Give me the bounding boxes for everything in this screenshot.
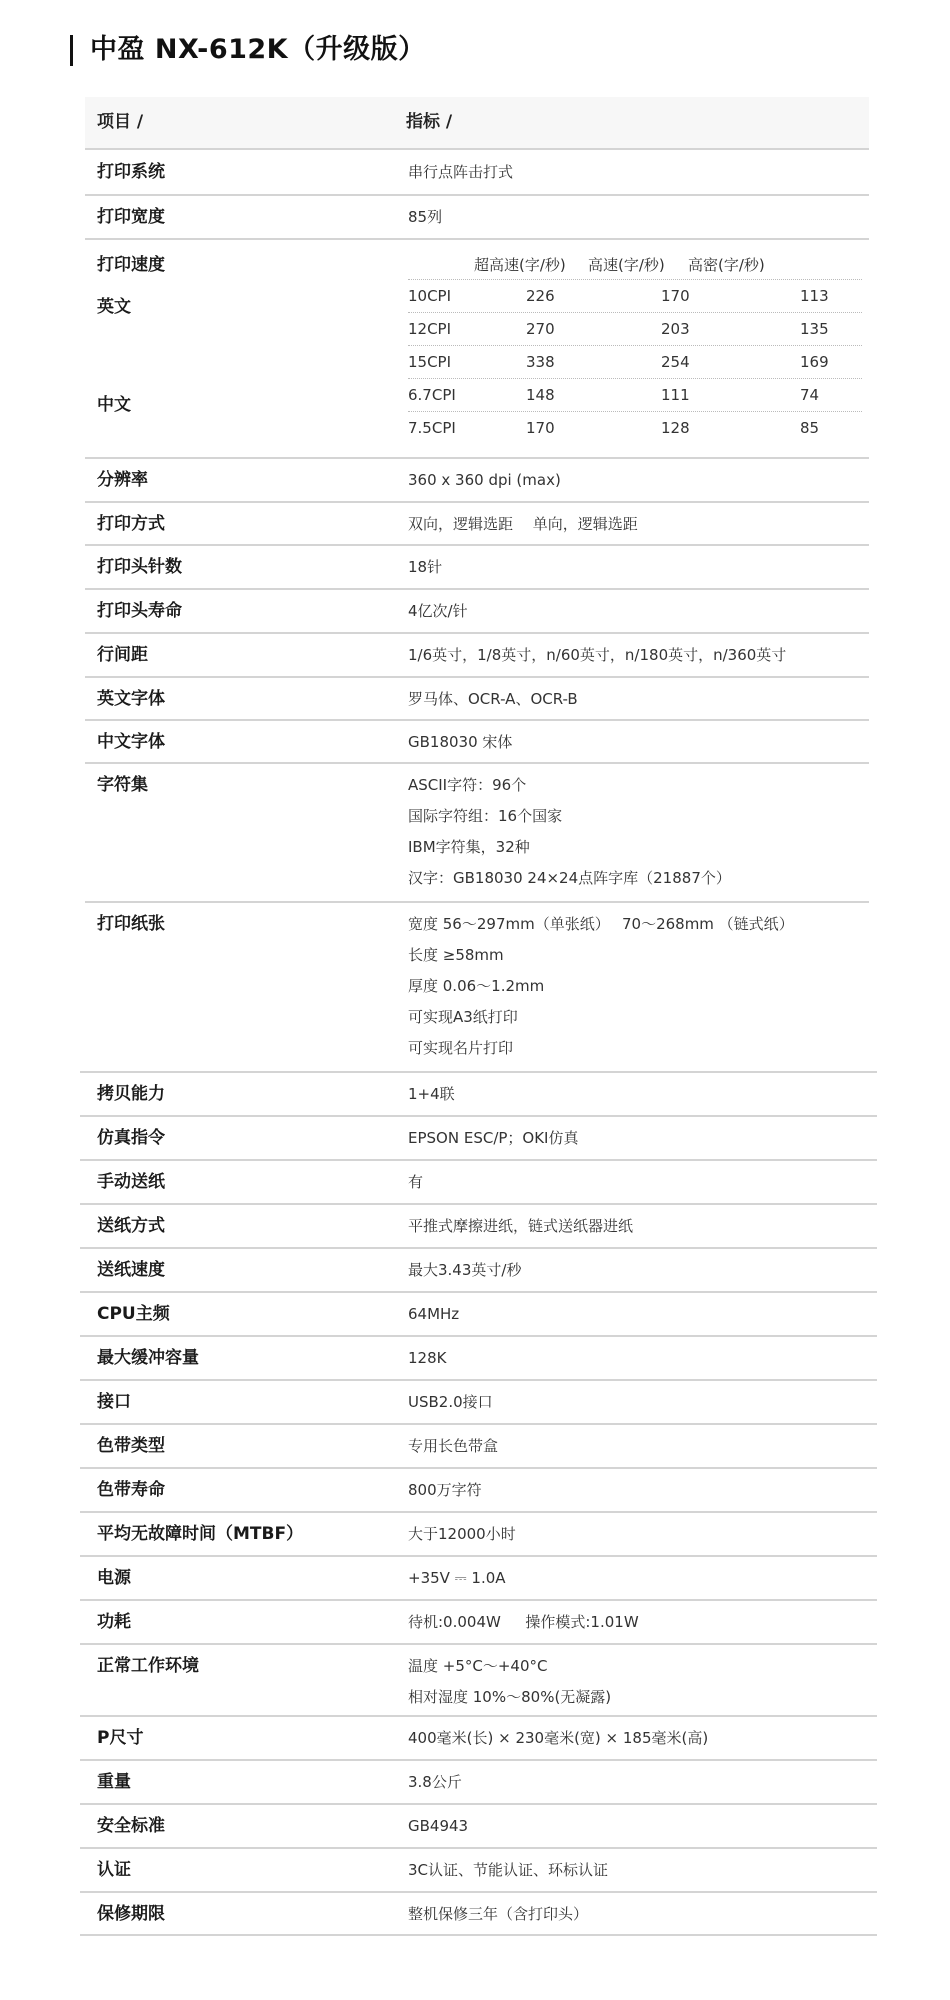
row-label: 送纸方式 xyxy=(97,1205,165,1247)
speed-high-density: 113 xyxy=(800,287,829,305)
spec-table-upper: 项目 / 指标 / 打印系统 串行点阵击打式 打印宽度 85列 打印速度 英文 … xyxy=(85,97,869,1073)
environment-row: 正常工作环境 温度 +5°C～+40°C 相对湿度 10%～80%(无凝露) xyxy=(80,1645,877,1717)
paper-values: 宽度 56～297mm（单张纸） 70～268mm （链式纸） 长度 ≥58mm… xyxy=(408,909,794,1064)
row-value: 1/6英寸，1/8英寸，n/60英寸，n/180英寸，n/360英寸 xyxy=(408,634,786,676)
row-label: 功耗 xyxy=(97,1601,131,1643)
speed-super-high: 148 xyxy=(526,386,555,404)
table-row: 打印宽度 85列 xyxy=(85,196,869,240)
table-row: 打印头针数 18针 xyxy=(85,546,869,590)
row-value: 18针 xyxy=(408,546,442,588)
table-row: 分辨率 360 x 360 dpi (max) xyxy=(85,459,869,503)
row-value: 360 x 360 dpi (max) xyxy=(408,459,561,501)
row-label: 行间距 xyxy=(97,634,148,676)
table-row: 重量 3.8公斤 xyxy=(80,1761,877,1805)
row-label: 手动送纸 xyxy=(97,1161,165,1203)
speed-super-high: 270 xyxy=(526,320,555,338)
row-label: 安全标准 xyxy=(97,1805,165,1847)
row-label: 重量 xyxy=(97,1761,131,1803)
table-row: 认证 3C认证、节能认证、环标认证 xyxy=(80,1849,877,1893)
row-label: 打印头针数 xyxy=(97,546,182,588)
environment-line: 相对湿度 10%～80%(无凝露) xyxy=(408,1682,611,1713)
row-value: 大于12000小时 xyxy=(408,1513,516,1555)
col-high: 高速(字/秒) xyxy=(588,254,665,275)
speed-high-density: 135 xyxy=(800,320,829,338)
row-value: 平推式摩擦进纸，链式送纸器进纸 xyxy=(408,1205,633,1247)
row-value: 3.8公斤 xyxy=(408,1761,462,1803)
row-label: CPU主频 xyxy=(97,1293,170,1335)
table-row: 保修期限 整机保修三年（含打印头） xyxy=(80,1893,877,1936)
speed-mode: 15CPI xyxy=(408,353,451,371)
paper-line: 宽度 56～297mm（单张纸） 70～268mm （链式纸） xyxy=(408,909,794,940)
group-label-english: 英文 xyxy=(97,292,131,317)
row-value: 400毫米(长) × 230毫米(宽) × 185毫米(高) xyxy=(408,1717,708,1759)
header-spec: 指标 / xyxy=(406,97,452,148)
row-label: 打印方式 xyxy=(97,503,165,545)
row-value: 128K xyxy=(408,1337,446,1379)
charset-line: 汉字：GB18030 24×24点阵字库（21887个） xyxy=(408,863,731,894)
row-label: P尺寸 xyxy=(97,1717,143,1759)
table-header: 项目 / 指标 / xyxy=(85,97,869,150)
charset-line: 国际字符组：16个国家 xyxy=(408,801,731,832)
paper-row: 打印纸张 宽度 56～297mm（单张纸） 70～268mm （链式纸） 长度 … xyxy=(80,903,877,1073)
speed-mode: 10CPI xyxy=(408,287,451,305)
speed-high: 170 xyxy=(661,287,690,305)
speed-high: 128 xyxy=(661,419,690,437)
page-title: 中盈 NX-612K（升级版） xyxy=(90,30,426,70)
row-value: 64MHz xyxy=(408,1293,459,1335)
row-label: 正常工作环境 xyxy=(97,1645,199,1687)
speed-row: 7.5CPI 170 128 85 xyxy=(408,412,862,445)
col-high-density: 高密(字/秒) xyxy=(688,254,765,275)
header-item: 项目 / xyxy=(97,97,143,148)
table-row: 仿真指令 EPSON ESC/P；OKI仿真 xyxy=(80,1117,877,1161)
environment-values: 温度 +5°C～+40°C 相对湿度 10%～80%(无凝露) xyxy=(408,1651,611,1713)
row-label: 分辨率 xyxy=(97,459,148,501)
speed-row: 6.7CPI 148 111 74 xyxy=(408,379,862,412)
row-label: 保修期限 xyxy=(97,1893,165,1935)
row-value: 3C认证、节能认证、环标认证 xyxy=(408,1849,608,1891)
row-value: 串行点阵击打式 xyxy=(408,150,513,194)
speed-high: 203 xyxy=(661,320,690,338)
row-value: 双向，逻辑选距 单向，逻辑选距 xyxy=(408,503,638,545)
table-row: 功耗 待机:0.004W 操作模式:1.01W xyxy=(80,1601,877,1645)
row-value: 4亿次/针 xyxy=(408,590,468,632)
row-value: 1+4联 xyxy=(408,1073,455,1115)
speed-row: 12CPI 270 203 135 xyxy=(408,313,862,346)
row-label: 拷贝能力 xyxy=(97,1073,165,1115)
row-value: +35V ⎓ 1.0A xyxy=(408,1557,506,1599)
row-value: 整机保修三年（含打印头） xyxy=(408,1893,588,1935)
table-row: 打印系统 串行点阵击打式 xyxy=(85,150,869,196)
speed-grid-header: 超高速(字/秒) 高速(字/秒) 高密(字/秒) xyxy=(408,248,862,280)
row-label: 打印系统 xyxy=(97,150,165,194)
table-row: 安全标准 GB4943 xyxy=(80,1805,877,1849)
table-row: CPU主频 64MHz xyxy=(80,1293,877,1337)
row-label: 打印纸张 xyxy=(97,903,165,945)
speed-mode: 7.5CPI xyxy=(408,419,456,437)
row-label: 色带类型 xyxy=(97,1425,165,1467)
table-row: 平均无故障时间（MTBF） 大于12000小时 xyxy=(80,1513,877,1557)
row-value: 有 xyxy=(408,1161,423,1203)
row-value: USB2.0接口 xyxy=(408,1381,493,1423)
table-row: 拷贝能力 1+4联 xyxy=(80,1073,877,1117)
row-value: 800万字符 xyxy=(408,1469,482,1511)
row-label: 字符集 xyxy=(97,764,148,806)
row-label: 打印头寿命 xyxy=(97,590,182,632)
table-row: P尺寸 400毫米(长) × 230毫米(宽) × 185毫米(高) xyxy=(80,1717,877,1761)
row-label: 打印宽度 xyxy=(97,196,165,238)
group-label-chinese: 中文 xyxy=(97,390,131,415)
row-value: EPSON ESC/P；OKI仿真 xyxy=(408,1117,578,1159)
table-row: 打印方式 双向，逻辑选距 单向，逻辑选距 xyxy=(85,503,869,546)
title-accent-bar xyxy=(70,35,73,66)
table-row: 送纸速度 最大3.43英寸/秒 xyxy=(80,1249,877,1293)
table-row: 手动送纸 有 xyxy=(80,1161,877,1205)
row-label: 认证 xyxy=(97,1849,131,1891)
paper-line: 长度 ≥58mm xyxy=(408,940,794,971)
row-value: 罗马体、OCR-A、OCR-B xyxy=(408,678,578,720)
row-label: 送纸速度 xyxy=(97,1249,165,1291)
row-label: 英文字体 xyxy=(97,678,165,720)
print-speed-grid: 超高速(字/秒) 高速(字/秒) 高密(字/秒) 10CPI 226 170 1… xyxy=(408,248,862,445)
row-label: 中文字体 xyxy=(97,721,165,763)
speed-mode: 6.7CPI xyxy=(408,386,456,404)
table-row: 行间距 1/6英寸，1/8英寸，n/60英寸，n/180英寸，n/360英寸 xyxy=(85,634,869,678)
row-value: GB4943 xyxy=(408,1805,468,1847)
speed-high-density: 74 xyxy=(800,386,819,404)
table-row: 送纸方式 平推式摩擦进纸，链式送纸器进纸 xyxy=(80,1205,877,1249)
speed-high-density: 169 xyxy=(800,353,829,371)
paper-line: 可实现A3纸打印 xyxy=(408,1002,794,1033)
row-value: 85列 xyxy=(408,196,442,238)
charset-line: IBM字符集，32种 xyxy=(408,832,731,863)
table-row: 色带寿命 800万字符 xyxy=(80,1469,877,1513)
speed-high-density: 85 xyxy=(800,419,819,437)
row-label: 色带寿命 xyxy=(97,1469,165,1511)
row-label: 电源 xyxy=(97,1557,131,1599)
table-row: 接口 USB2.0接口 xyxy=(80,1381,877,1425)
speed-high: 254 xyxy=(661,353,690,371)
speed-super-high: 226 xyxy=(526,287,555,305)
table-row: 色带类型 专用长色带盒 xyxy=(80,1425,877,1469)
row-value: 最大3.43英寸/秒 xyxy=(408,1249,521,1291)
row-label: 仿真指令 xyxy=(97,1117,165,1159)
spec-table-lower: 拷贝能力 1+4联 仿真指令 EPSON ESC/P；OKI仿真 手动送纸 有 … xyxy=(80,1073,877,1936)
col-super-high: 超高速(字/秒) xyxy=(474,254,566,275)
table-row: 电源 +35V ⎓ 1.0A xyxy=(80,1557,877,1601)
speed-row: 15CPI 338 254 169 xyxy=(408,346,862,379)
table-row: 英文字体 罗马体、OCR-A、OCR-B xyxy=(85,678,869,721)
row-label: 平均无故障时间（MTBF） xyxy=(97,1513,303,1555)
table-row: 打印头寿命 4亿次/针 xyxy=(85,590,869,634)
row-label: 最大缓冲容量 xyxy=(97,1337,199,1379)
row-label: 接口 xyxy=(97,1381,131,1423)
speed-row: 10CPI 226 170 113 xyxy=(408,280,862,313)
charset-row: 字符集 ASCII字符：96个 国际字符组：16个国家 IBM字符集，32种 汉… xyxy=(85,764,869,903)
table-row: 最大缓冲容量 128K xyxy=(80,1337,877,1381)
speed-mode: 12CPI xyxy=(408,320,451,338)
paper-line: 可实现名片打印 xyxy=(408,1033,794,1064)
speed-super-high: 338 xyxy=(526,353,555,371)
row-value: 待机:0.004W 操作模式:1.01W xyxy=(408,1601,639,1643)
charset-values: ASCII字符：96个 国际字符组：16个国家 IBM字符集，32种 汉字：GB… xyxy=(408,770,731,894)
print-speed-row: 打印速度 英文 中文 超高速(字/秒) 高速(字/秒) 高密(字/秒) 10CP… xyxy=(85,240,869,459)
row-value: 专用长色带盒 xyxy=(408,1425,498,1467)
charset-line: ASCII字符：96个 xyxy=(408,770,731,801)
speed-super-high: 170 xyxy=(526,419,555,437)
environment-line: 温度 +5°C～+40°C xyxy=(408,1651,611,1682)
speed-high: 111 xyxy=(661,386,690,404)
row-label: 打印速度 xyxy=(97,250,165,275)
row-value: GB18030 宋体 xyxy=(408,721,512,763)
paper-line: 厚度 0.06～1.2mm xyxy=(408,971,794,1002)
table-row: 中文字体 GB18030 宋体 xyxy=(85,721,869,764)
